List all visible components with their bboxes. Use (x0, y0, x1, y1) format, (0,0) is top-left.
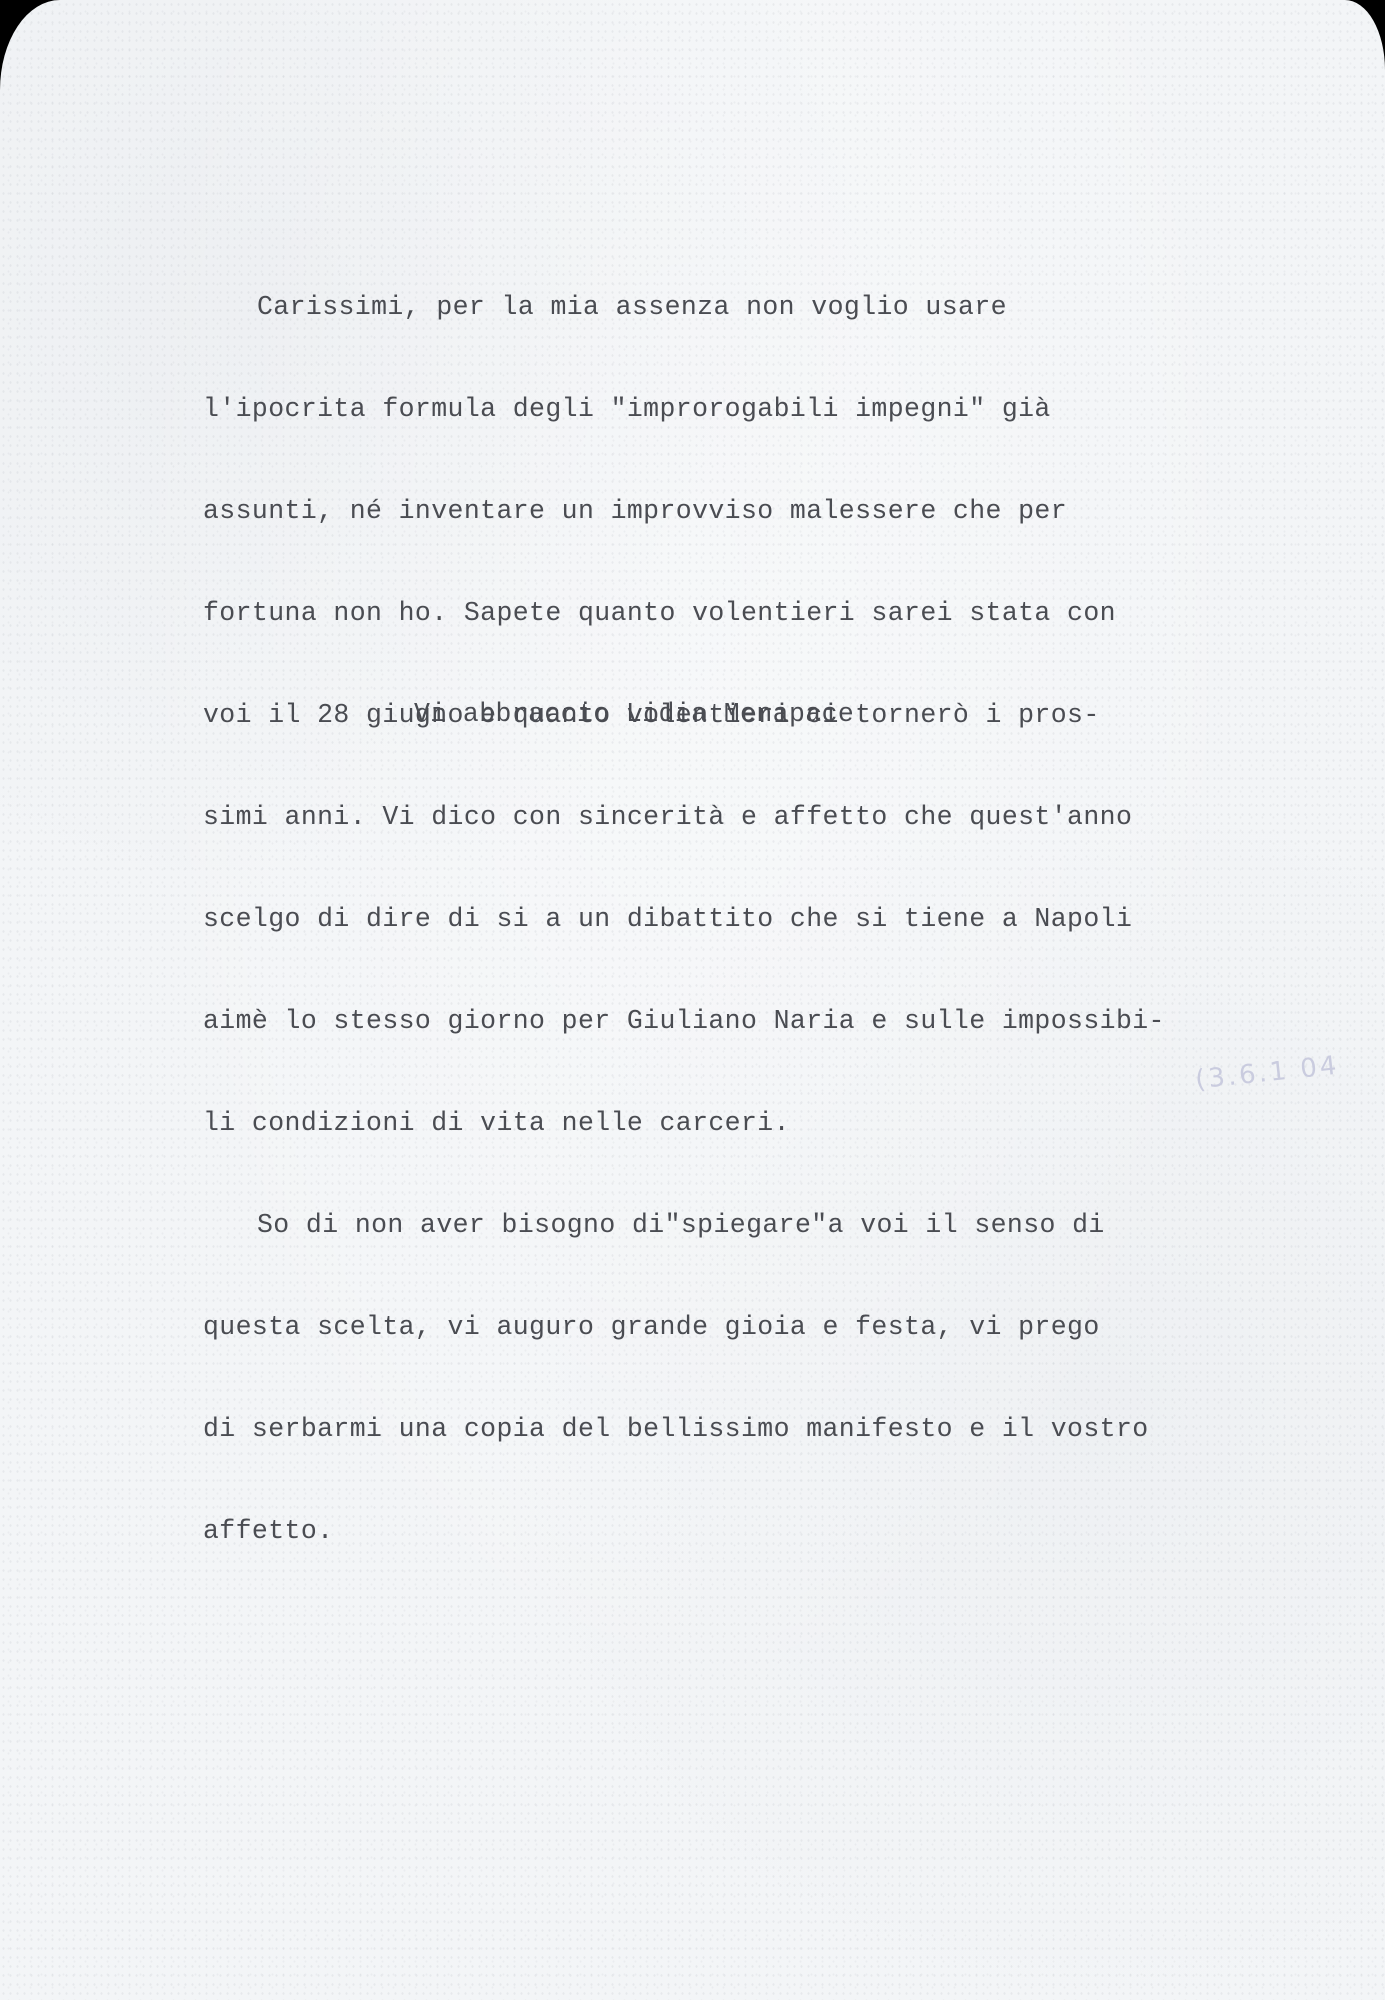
paragraph-2-line-3: di serbarmi una copia del bellissimo man… (203, 1412, 1263, 1446)
paragraph-2-line-2: questa scelta, vi auguro grande gioia e … (203, 1310, 1263, 1344)
letter-page: Carissimi, per la mia assenza non voglio… (0, 0, 1385, 2000)
paragraph-1-line-1: Carissimi, per la mia assenza non voglio… (203, 290, 1263, 324)
letter-body: Carissimi, per la mia assenza non voglio… (203, 222, 1263, 1616)
paragraph-1-line-2: l'ipocrita formula degli "improrogabili … (203, 392, 1263, 426)
paragraph-1-line-9: li condizioni di vita nelle carceri. (203, 1106, 1263, 1140)
paragraph-1-line-7: scelgo di dire di si a un dibattito che … (203, 902, 1263, 936)
paragraph-1-line-8: aimè lo stesso giorno per Giuliano Naria… (203, 1004, 1263, 1038)
paragraph-2-line-4: affetto. (203, 1514, 1263, 1548)
paragraph-2-line-1: So di non aver bisogno di"spiegare"a voi… (203, 1208, 1263, 1242)
paragraph-1-line-3: assunti, né inventare un improvviso male… (203, 494, 1263, 528)
paragraph-1-line-4: fortuna non ho. Sapete quanto volentieri… (203, 596, 1263, 630)
signature: Vi abbraccio Lidia Menapace (414, 697, 854, 731)
paragraph-1-line-6: simi anni. Vi dico con sincerità e affet… (203, 800, 1263, 834)
